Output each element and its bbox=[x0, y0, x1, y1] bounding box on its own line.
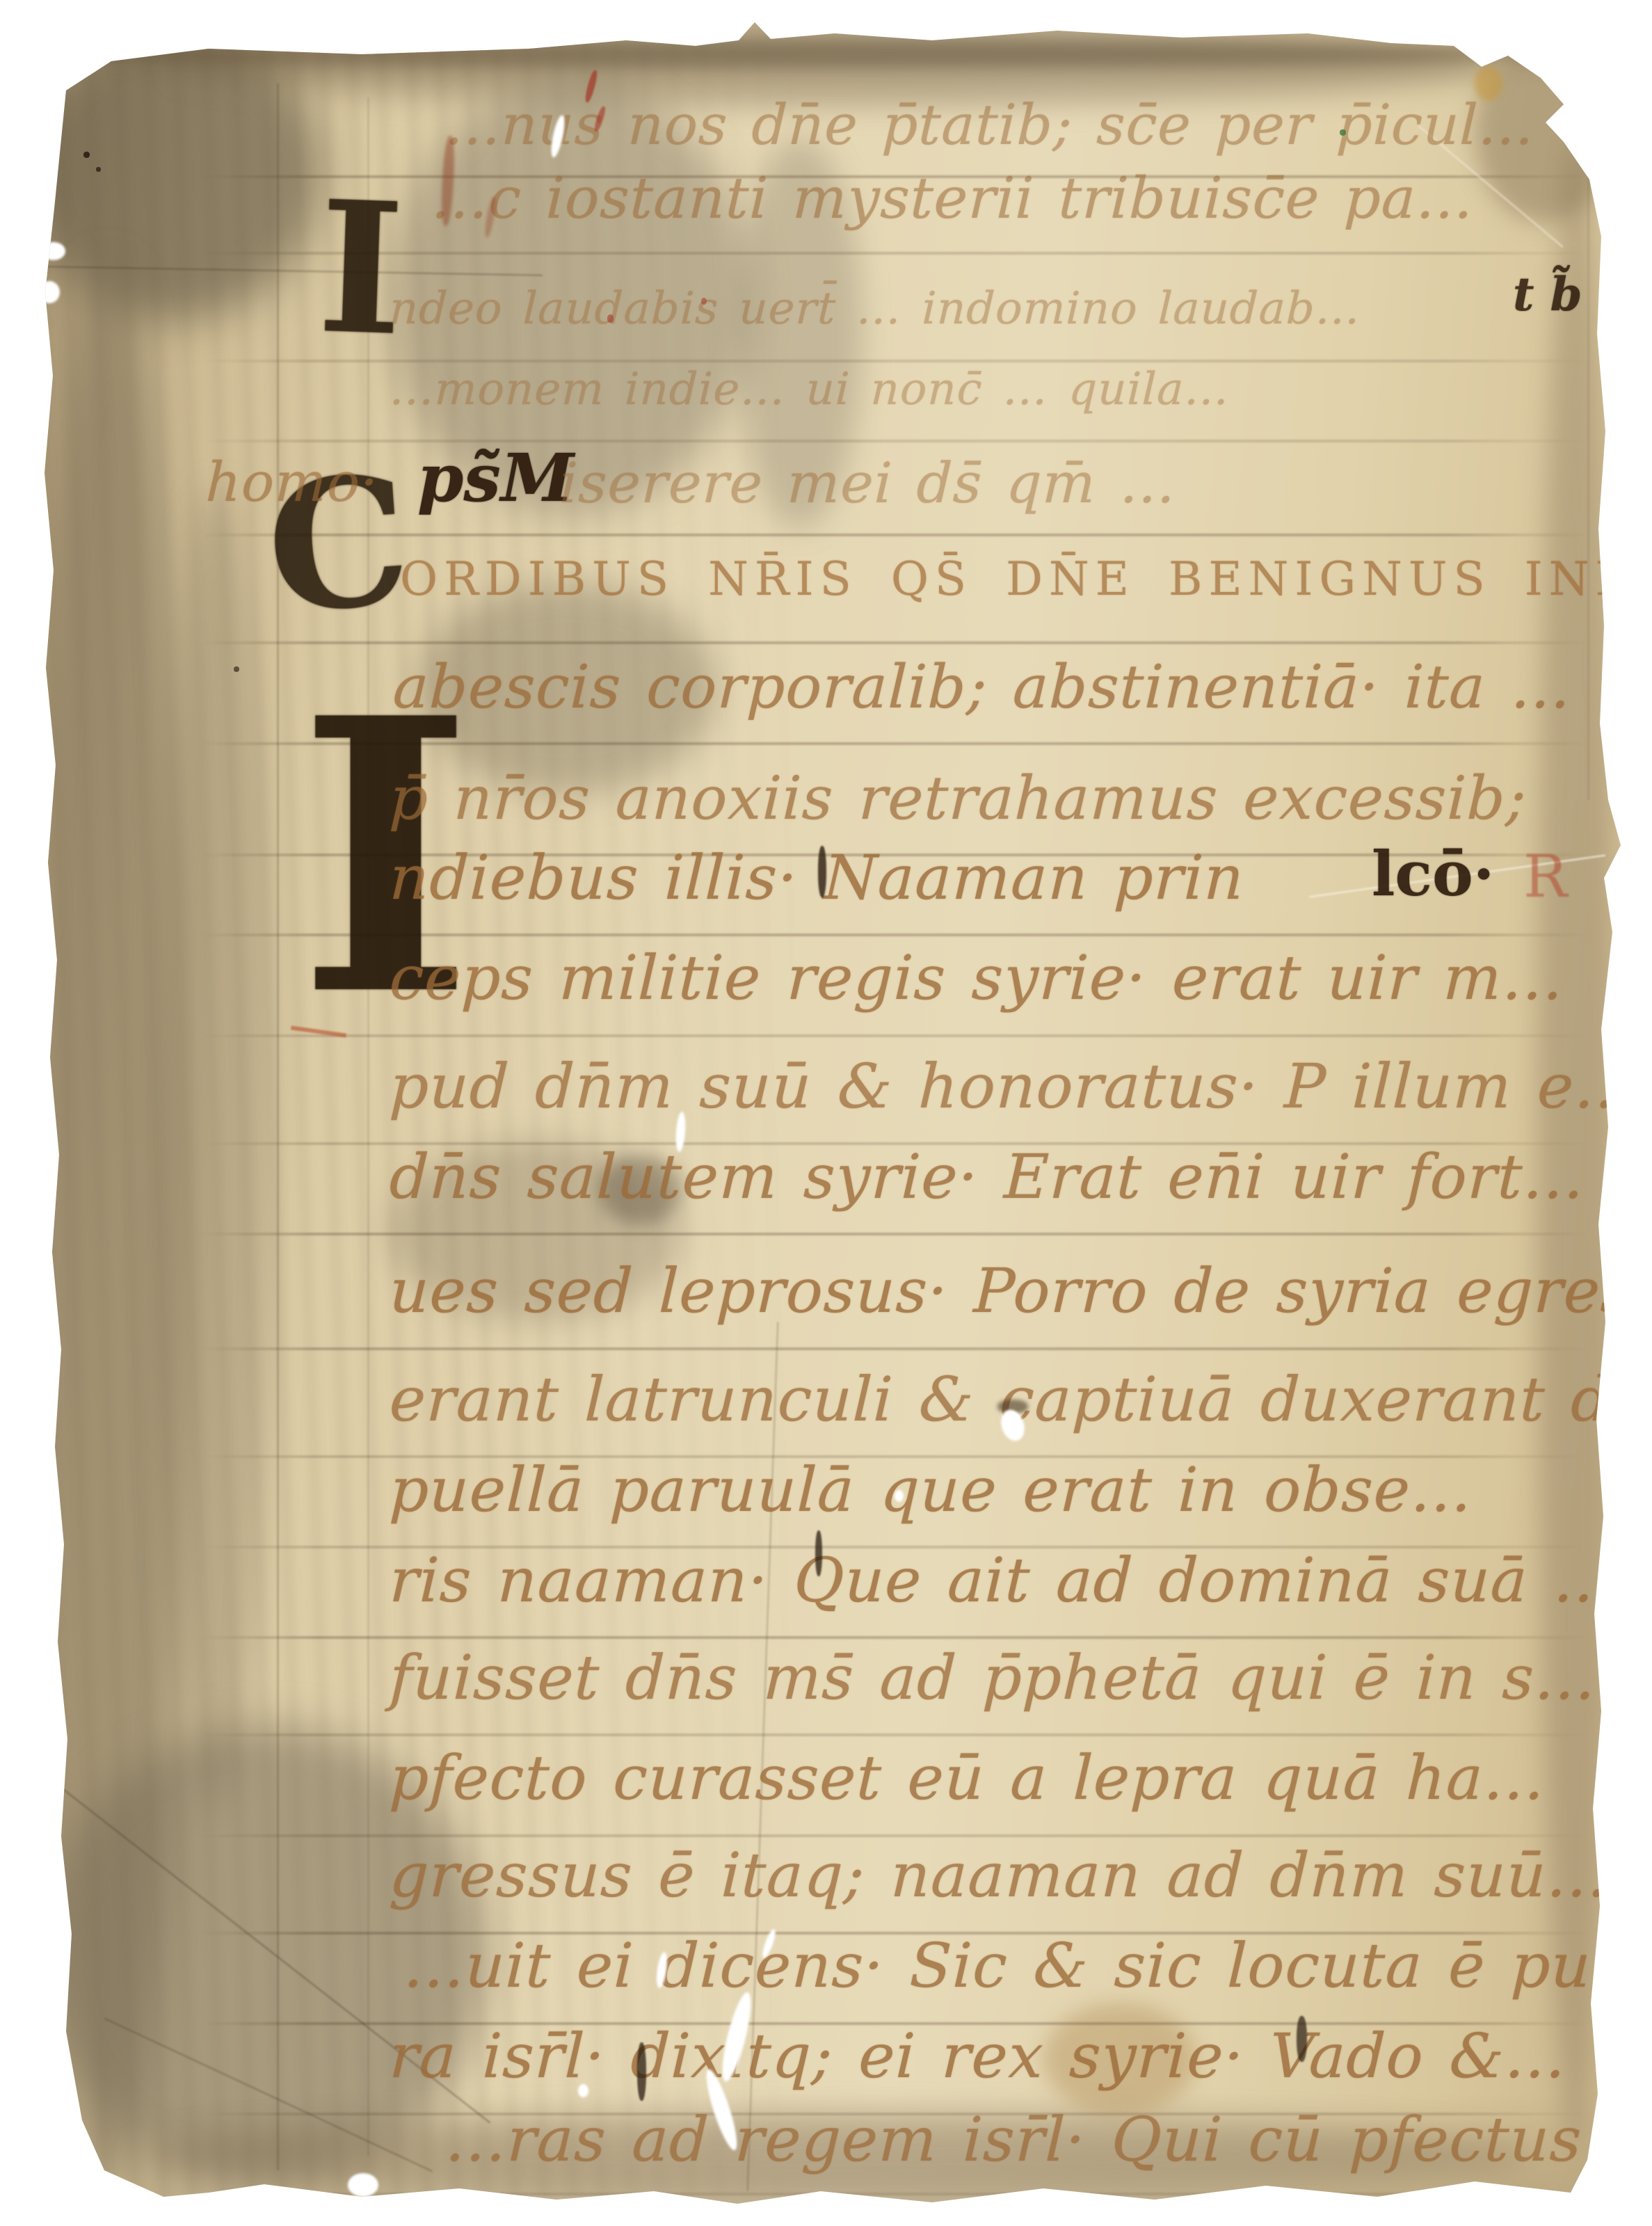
edge-ink-marks: t b̃ bbox=[1513, 271, 1582, 317]
text-line: ceps militie regis syrie· erat uir m… bbox=[388, 947, 1564, 1009]
ink-blot bbox=[1297, 2016, 1307, 2062]
text-line: pfecto curasset eū a lepra quā ha… bbox=[388, 1747, 1546, 1809]
text-line: …uit ei dicens· Sic & sic locuta ē pu… bbox=[402, 1935, 1652, 1996]
manuscript-leaf: I C I …nus nos dn̄e p̄tatib; sc̄e per p̄… bbox=[0, 0, 1652, 2226]
ruling-line bbox=[202, 1347, 1586, 1350]
ruling-line bbox=[202, 1834, 1586, 1837]
hole-small bbox=[578, 2084, 588, 2097]
hole-small bbox=[895, 1490, 904, 1502]
ink-speck bbox=[96, 167, 101, 172]
ruling-line bbox=[202, 360, 1586, 362]
ink-blot bbox=[815, 1530, 822, 1576]
ruling-line bbox=[202, 440, 1586, 442]
ruling-line bbox=[202, 1233, 1586, 1235]
red-dot bbox=[701, 298, 707, 305]
ruling-vertical-right bbox=[1587, 139, 1589, 800]
ink-blot bbox=[818, 846, 826, 897]
ruling-vertical-inner bbox=[367, 97, 369, 2156]
lectio-mark: lcō· bbox=[1372, 843, 1494, 904]
green-fleck bbox=[1340, 129, 1346, 136]
text-line: …ras ad regem isr̄l· Qui cū pfectus ē… bbox=[444, 2109, 1652, 2170]
ink-speck bbox=[83, 152, 90, 158]
edge-nick bbox=[348, 2173, 378, 2197]
ruling-line bbox=[202, 2193, 1586, 2195]
marginal-homo: homo· bbox=[205, 456, 380, 510]
ink-blot bbox=[637, 2042, 646, 2101]
text-line: …nus nos dn̄e p̄tatib; sc̄e per p̄icul… bbox=[444, 97, 1536, 153]
hole bbox=[42, 242, 65, 260]
text-line: ndeo laudabis uert̄ … indomino laudab… bbox=[389, 287, 1361, 331]
text-line: ris naaman· Que ait ad dominā suā … bbox=[388, 1550, 1616, 1611]
ink-speck bbox=[234, 666, 239, 672]
red-dot bbox=[607, 314, 614, 323]
text-line: ra isr̄l· dixitq; ei rex syrie· Vado &… bbox=[388, 2026, 1567, 2087]
text-line: puellā paruulā que erat in obse… bbox=[388, 1459, 1473, 1521]
text-line: gressus ē itaq; naaman ad dn̄m suū… bbox=[388, 1845, 1610, 1906]
text-line: pud dn̄m suū & honoratus· P illum e… bbox=[388, 1056, 1637, 1117]
ruling-line bbox=[202, 1733, 1586, 1736]
text-line: fuisset dn̄s ms̄ ad p̄phetā qui ē in s… bbox=[388, 1647, 1597, 1708]
psalm-mark: ps̃M bbox=[417, 445, 574, 511]
text-line: ues sed leprosus· Porro de syria egres… bbox=[388, 1260, 1652, 1322]
text-line: ndiebus illis· Naaman prin bbox=[388, 847, 1245, 908]
text-line: dn̄s salutem syrie· Erat en̄i uir fort… bbox=[388, 1146, 1585, 1208]
text-line-capitals: ORDIBUS NR̄IS QS̄ DN̄E BENIGNUS INFU… bbox=[400, 556, 1652, 602]
psalm-incipit: iserere mei ds̄ qm̄ … bbox=[559, 456, 1178, 511]
text-line: …monem indie… ui nonc̄ … quila… bbox=[389, 367, 1230, 412]
text-line: p̄ nr̄os anoxiis retrahamus excessib; bbox=[388, 769, 1527, 828]
text-line: …c iostanti mysterii tribuisc̄e pa… bbox=[431, 170, 1475, 227]
text-line: abescis corporalib; abstinentiā· ita … bbox=[392, 657, 1572, 717]
response-mark: R bbox=[1523, 847, 1567, 906]
hole bbox=[39, 281, 60, 303]
ruling-line bbox=[202, 1636, 1586, 1639]
ruling-line bbox=[202, 252, 1586, 255]
photo-canvas: { "leaf": { "kind_label": "parchment-man… bbox=[0, 0, 1652, 2226]
ruling-line bbox=[202, 534, 1586, 536]
ruling-vertical-left bbox=[277, 83, 279, 2170]
